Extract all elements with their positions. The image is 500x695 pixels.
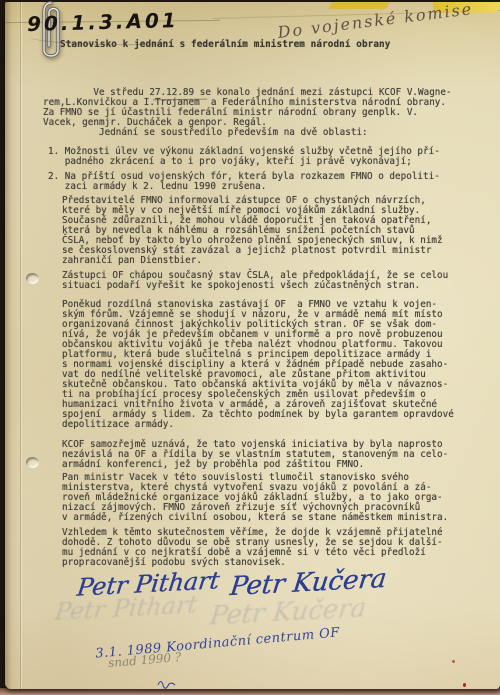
punch-hole-bottom [26, 457, 39, 468]
paragraph-of-understanding: Zástupci OF chápou současný stav ČSLA, a… [62, 271, 482, 291]
signature-left: Petr Pithart [75, 566, 221, 602]
paragraph-item-1: 1. Možnosti úlev ve výkonu základní voje… [48, 147, 478, 167]
paragraph-platform: Poněkud rozdílná stanoviska zastávají OF… [62, 300, 482, 430]
paragraph-kcof-statute: KCOF samozřejmě uznává, že tato vojenská… [62, 440, 482, 470]
ink-squiggle-mark [157, 674, 177, 693]
paragraph-ministry-plans: Pan ministr Vacek v této souvislosti tlu… [62, 473, 482, 523]
scanned-document: 90.1.3.A01 Do vojenské komise Stanovisko… [0, 0, 500, 695]
paragraph-fmno-proposals: Představitelé FMNO informovali zástupce … [62, 196, 482, 266]
paragraph-closing: Vzhledem k těmto skutečnostem věříme, že… [62, 528, 482, 568]
yellow-tape-streak [328, 2, 390, 9]
paper-sheet: 90.1.3.A01 Do vojenské komise Stanovisko… [5, 2, 500, 689]
punch-hole-top [26, 273, 39, 284]
vertical-fold-crease [20, 2, 21, 689]
document-title: Stanovisko k jednání s federálním minist… [60, 40, 480, 50]
paragraph-intro: Ve středu 27.12.89 se konalo jednání mez… [43, 88, 483, 138]
paragraph-item-2: 2. Na příští osud vojenských fór, která … [48, 172, 478, 192]
left-edge-shading [5, 2, 20, 689]
under-sheet-edge [0, 688, 500, 695]
stain-speck-red [463, 683, 466, 687]
stain-speck-orange [452, 660, 455, 663]
